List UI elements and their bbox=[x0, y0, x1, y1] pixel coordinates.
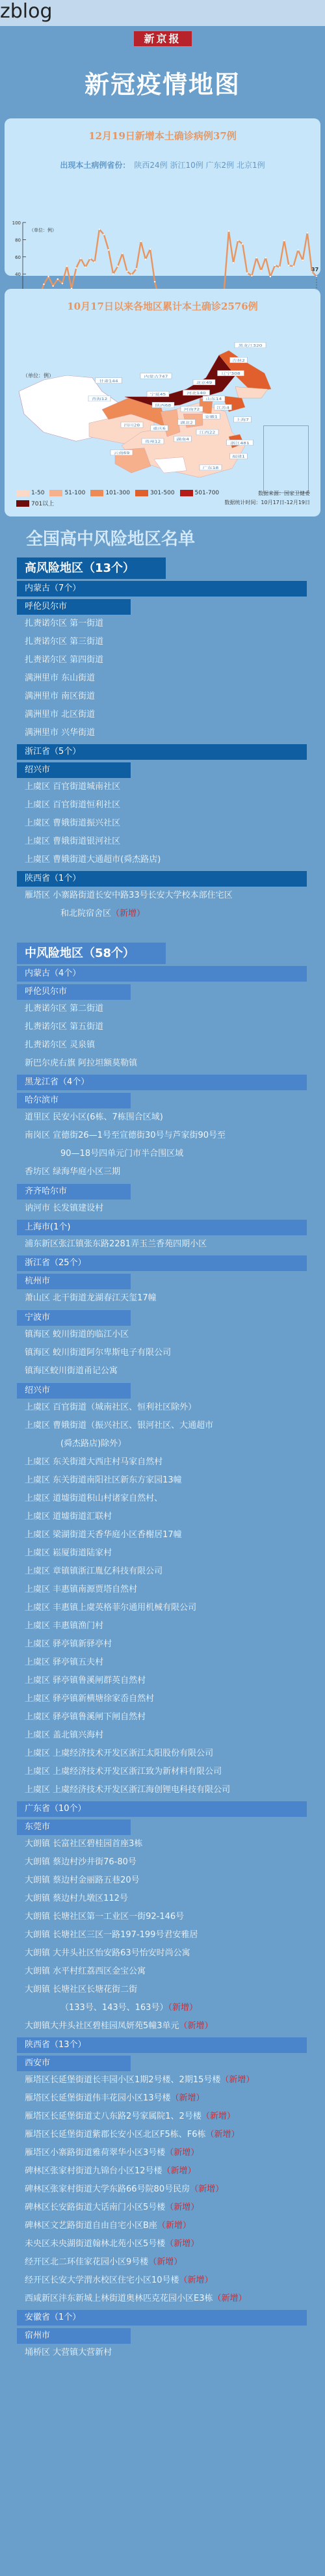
list-item: 碑林区长安路街道大话南门小区5号楼（新增） bbox=[25, 2199, 325, 2217]
new-tag: （新增） bbox=[111, 909, 145, 919]
list-item: 上虞区 道墟街道积山村诸家自然村、 bbox=[25, 1490, 325, 1508]
map-label-8: 山东14 bbox=[203, 396, 225, 401]
map-legend: 1-5051-100101-300301-500501-700701以上 bbox=[16, 490, 231, 507]
legend-label: 101-300 bbox=[105, 490, 130, 496]
list-item: 西咸新区沣东新城上林街道奥林匹克花园小区E3栋（新增） bbox=[25, 2290, 325, 2308]
list-item: 雁塔区长延堡街道紫郡长安小区北区F5栋、F6栋（新增） bbox=[25, 2126, 325, 2144]
list-item: 大朗镇 长塘社区第一工业区一街92-146号 bbox=[25, 1908, 325, 1926]
svg-text:安徽1: 安徽1 bbox=[205, 414, 218, 419]
svg-text:60: 60 bbox=[15, 255, 21, 260]
list-item: 未央区未央湖街道翰林北苑小区5号楼（新增） bbox=[25, 2235, 325, 2253]
map-title: 10月17日以来各地区累计本土确诊2576例 bbox=[5, 289, 320, 313]
list-item: 碑林区张家村街道大学东路66号院80号民房（新增） bbox=[25, 2180, 325, 2199]
legend-swatch bbox=[135, 490, 148, 496]
svg-text:上海7: 上海7 bbox=[236, 418, 249, 422]
city-bar: 宁波市 bbox=[17, 1310, 131, 1326]
list-item: 扎赉诺尔区 第二街道 bbox=[25, 1000, 325, 1018]
list-item: 上虞区 曹娥街道大通超市(舜杰路店) bbox=[25, 851, 325, 869]
south-china-sea-inset bbox=[263, 425, 309, 493]
source-text: 数据来源：国家卫健委 bbox=[224, 489, 310, 498]
list-item: 大朗镇 长塘社区长塘花街二街（133号、143号、163号）（新增） bbox=[25, 1981, 325, 2017]
province-bar: 陕西省（1个） bbox=[17, 871, 307, 887]
new-tag: （新增） bbox=[168, 2003, 198, 2013]
list-item: 镇海区 蛟川街道的临江小区 bbox=[25, 1326, 325, 1344]
list-item: 满洲里市 兴华街道 bbox=[25, 724, 325, 742]
list-item: 上虞区 道墟街道汇联村 bbox=[25, 1508, 325, 1526]
list-item: 上虞区 曹娥街道（振兴社区、银河社区、大通超市(舜杰路店)除外） bbox=[25, 1417, 325, 1453]
legend-label: 501-700 bbox=[195, 490, 220, 496]
legend-label: 1-50 bbox=[31, 490, 44, 496]
new-tag: （新增） bbox=[171, 2093, 205, 2103]
new-tag: （新增） bbox=[190, 2184, 224, 2194]
city-bar: 齐齐哈尔市 bbox=[17, 1184, 131, 1200]
list-item: 扎赉诺尔区 第五街道 bbox=[25, 1018, 325, 1036]
legend-swatch bbox=[180, 490, 193, 496]
new-tag: （新增） bbox=[213, 2294, 247, 2303]
svg-text:宁夏45: 宁夏45 bbox=[150, 392, 166, 397]
city-bar: 呼伦贝尔市 bbox=[17, 599, 131, 615]
list-item: 扎赉诺尔区 第三街道 bbox=[25, 633, 325, 651]
legend-item-5: 701以上 bbox=[16, 499, 54, 507]
list-item: 碑林区文艺路街道自由自宅小区B座（新增） bbox=[25, 2217, 325, 2235]
list-item: 上虞区 崧厦街道陆家村 bbox=[25, 1544, 325, 1563]
svg-text:（单位：例）: （单位：例） bbox=[29, 227, 57, 233]
city-bar: 宿州市 bbox=[17, 2328, 131, 2344]
list-item: 上虞区 驿亭镇新横塘徐家岙自然村 bbox=[25, 1690, 325, 1708]
svg-text:河北140: 河北140 bbox=[187, 390, 205, 395]
city-bar: 绍兴市 bbox=[17, 1383, 131, 1399]
daily-cases-title: 12月19日新增本土确诊病例37例 bbox=[5, 118, 320, 142]
list-item: 满洲里市 东山街道 bbox=[25, 669, 325, 688]
list-item: 扎赉诺尔区 灵泉镇 bbox=[25, 1036, 325, 1054]
top-bar: zblog bbox=[0, 0, 325, 26]
legend-swatch bbox=[16, 490, 29, 496]
mid-risk-section: 中风险地区（58个） 内蒙古（4个）呼伦贝尔市扎赉诺尔区 第二街道扎赉诺尔区 第… bbox=[0, 943, 325, 2362]
svg-text:37: 37 bbox=[311, 267, 318, 273]
brand-logo: 新京报 bbox=[134, 31, 192, 46]
list-item: 镇海区蛟川街道甬记公寓 bbox=[25, 1362, 325, 1380]
province-bar: 广东省（10个） bbox=[17, 1801, 307, 1817]
legend-swatch bbox=[49, 490, 62, 496]
list-item: 浦东新区张江镇张东路2281弄玉兰香苑四期小区 bbox=[25, 1235, 325, 1254]
list-item: 上虞区 驿亭镇鲁溪闸下闸自然村 bbox=[25, 1708, 325, 1726]
svg-text:四川28: 四川28 bbox=[124, 423, 140, 427]
map-label-10: 陕西68 bbox=[152, 402, 174, 407]
list-item: 镇海区 蛟川街道阿尔卑斯电子有限公司 bbox=[25, 1344, 325, 1362]
list-item: 大朗镇 蔡边村金丽路五巷20号 bbox=[25, 1872, 325, 1890]
list-item: 大朗镇 长富社区碧桂园首座3栋 bbox=[25, 1835, 325, 1853]
city-bar: 西安市 bbox=[17, 2056, 131, 2071]
period-text: 数据统计时间：10月17日-12月19日 bbox=[224, 498, 310, 507]
list-item: 上虞区 百官街道城南社区 bbox=[25, 778, 325, 796]
svg-text:吉林2: 吉林2 bbox=[232, 358, 245, 362]
svg-text:山东14: 山东14 bbox=[206, 397, 222, 401]
list-item: 上虞区 曹娥街道银河社区 bbox=[25, 833, 325, 851]
list-item: 道里区 民安小区(6栋、7栋围合区域) bbox=[25, 1108, 325, 1127]
map-label-0: 黑龙江320 bbox=[235, 342, 266, 347]
provinces-label: 出现本土病例省份： bbox=[60, 161, 130, 170]
map-label-4: 北京49 bbox=[193, 379, 215, 384]
map-label-13: 安徽1 bbox=[203, 414, 220, 419]
map-label-2: 辽宁308 bbox=[218, 371, 244, 376]
list-item: 香坊区 绿海华庭小区三期 bbox=[25, 1163, 325, 1181]
list-item: 上虞区 丰惠镇渔门村 bbox=[25, 1617, 325, 1635]
legend-swatch bbox=[16, 500, 29, 507]
list-item: 上虞区 章镇镇浙江胤亿科技有限公司 bbox=[25, 1563, 325, 1581]
page-title: 新冠疫情地图 bbox=[0, 64, 325, 100]
list-item: 雁塔区长延堡街道丈八东路2号家属院1、2号楼（新增） bbox=[25, 2108, 325, 2126]
legend-item-0: 1-50 bbox=[16, 490, 44, 496]
province-bar: 浙江省（5个） bbox=[17, 744, 307, 760]
list-item: 雁塔区长延堡街道长丰园小区1期2号楼、2期15号楼（新增） bbox=[25, 2071, 325, 2089]
new-tag: （新增） bbox=[179, 2021, 213, 2031]
provinces-line: 出现本土病例省份：陕西24例 浙江10例 广东2例 北京1例 bbox=[5, 159, 320, 170]
list-item: 上虞区 东关街道南阳社区新东方家园13幢 bbox=[25, 1471, 325, 1490]
province-bar: 内蒙古（4个） bbox=[17, 966, 307, 982]
list-item: 上虞区 驿亭镇五夫村 bbox=[25, 1654, 325, 1672]
legend-item-1: 51-100 bbox=[49, 490, 85, 496]
list-item: 上虞区 梁湖街道天香华庭小区香榭居17幢 bbox=[25, 1526, 325, 1544]
list-item: 上虞区 驿亭镇新驿亭村 bbox=[25, 1635, 325, 1654]
map-label-16: 四川28 bbox=[121, 422, 143, 427]
new-tag: （新增） bbox=[165, 2203, 199, 2212]
map-label-19: 湖南4 bbox=[174, 436, 192, 442]
svg-text:云南69: 云南69 bbox=[114, 450, 130, 455]
list-item: 上虞区 曹娥街道振兴社区 bbox=[25, 814, 325, 833]
legend-item-2: 101-300 bbox=[90, 490, 130, 496]
list-item: 上虞区 上虞经济技术开发区浙江海创锂电科技有限公司 bbox=[25, 1781, 325, 1799]
list-item: 雁塔区 小寨路街道长安中路33号长安大学校本部住宅区和北院宿舍区（新增） bbox=[25, 887, 325, 923]
list-item: 南岗区 宣德街26—1号至宣德街30号与芦家街90号至90—18号四单元门市半合… bbox=[25, 1127, 325, 1163]
list-item: 上虞区 百官街道恒利社区 bbox=[25, 796, 325, 814]
list-item: 满洲里市 北区街道 bbox=[25, 706, 325, 724]
list-item: 大朗镇 大井头社区怡安路63号怡安时尚公寓 bbox=[25, 1944, 325, 1963]
map-label-12: 江苏4 bbox=[214, 405, 232, 410]
new-tag: （新增） bbox=[157, 2221, 191, 2231]
svg-text:北京49: 北京49 bbox=[196, 380, 213, 384]
new-tag: （新增） bbox=[162, 2166, 196, 2176]
legend-label: 51-100 bbox=[64, 490, 85, 496]
svg-text:浙江481: 浙江481 bbox=[230, 440, 249, 445]
svg-text:江西22: 江西22 bbox=[200, 430, 216, 435]
map-label-7: 宁夏45 bbox=[147, 392, 169, 397]
svg-text:40: 40 bbox=[15, 272, 21, 277]
list-item: 上虞区 丰惠镇上虞英格菲尔通用机械有限公司 bbox=[25, 1599, 325, 1617]
map-label-11: 河南72 bbox=[181, 407, 203, 412]
map-label-9: 青海12 bbox=[88, 396, 110, 401]
list-item: 经开区北二环佳家花园小区9号楼（新增） bbox=[25, 2253, 325, 2272]
list-item: 大朗镇 长塘社区三区一路197-199号君安雅居 bbox=[25, 1926, 325, 1944]
map-label-18: 江西22 bbox=[196, 429, 218, 435]
list-item: 大朗镇 蔡边村九墩区112号 bbox=[25, 1890, 325, 1908]
legend-swatch bbox=[90, 490, 103, 496]
list-item: 扎赉诺尔区 第一街道 bbox=[25, 615, 325, 633]
new-tag: （新增） bbox=[220, 2075, 254, 2085]
svg-text:甘肃144: 甘肃144 bbox=[99, 379, 118, 383]
legend-item-3: 301-500 bbox=[135, 490, 175, 496]
svg-text:贵州12: 贵州12 bbox=[145, 439, 161, 444]
svg-text:湖南4: 湖南4 bbox=[176, 437, 189, 442]
province-bar: 黑龙江省（4个） bbox=[17, 1075, 307, 1090]
province-bar: 陕西省（13个） bbox=[17, 2037, 307, 2053]
legend-label: 301-500 bbox=[150, 490, 175, 496]
risk-list-title: 全国高中风险地区名单 bbox=[26, 526, 325, 550]
list-item: 大朗镇大井头社区碧桂园凤妍苑5幢3单元（新增） bbox=[25, 2017, 325, 2035]
high-risk-section: 高风险地区（13个） 内蒙古（7个）呼伦贝尔市扎赉诺尔区 第一街道扎赉诺尔区 第… bbox=[0, 557, 325, 923]
list-item: 埇桥区 大营镇大营新村 bbox=[25, 2344, 325, 2362]
provinces-values: 陕西24例 浙江10例 广东2例 北京1例 bbox=[134, 161, 265, 170]
province-bar: 浙江省（25个） bbox=[17, 1255, 307, 1271]
list-item: 碑林区张家村街道九锦台小区12号楼（新增） bbox=[25, 2162, 325, 2180]
list-item: 扎赉诺尔区 第四街道 bbox=[25, 651, 325, 669]
map-label-6: 河北140 bbox=[183, 390, 210, 395]
svg-text:黑龙江320: 黑龙江320 bbox=[239, 343, 263, 347]
map-label-15: 湖北2 bbox=[178, 420, 196, 425]
city-bar: 呼伦贝尔市 bbox=[17, 984, 131, 1000]
new-tag: （新增） bbox=[165, 2148, 199, 2158]
list-item: 上虞区 百官街道（城南社区、恒利社区除外） bbox=[25, 1399, 325, 1417]
svg-text:辽宁308: 辽宁308 bbox=[221, 371, 240, 375]
legend-item-4: 501-700 bbox=[180, 490, 220, 496]
list-item: 上虞区 东关街道大西庄村马家自然村 bbox=[25, 1453, 325, 1471]
svg-text:陕西68: 陕西68 bbox=[155, 403, 172, 407]
svg-text:福建1: 福建1 bbox=[232, 454, 245, 459]
svg-text:江苏4: 江苏4 bbox=[216, 405, 229, 410]
site-label: zblog bbox=[0, 0, 53, 23]
new-tag: （新增） bbox=[201, 2112, 235, 2121]
legend-label: 701以上 bbox=[31, 499, 54, 507]
list-item: 上虞区 上虞经济技术开发区浙江致为新材料有限公司 bbox=[25, 1763, 325, 1781]
mid-risk-heading: 中风险地区（58个） bbox=[17, 943, 166, 964]
city-bar: 杭州市 bbox=[17, 1274, 131, 1289]
list-item: 新巴尔虎右旗 阿拉坦额莫勒镇 bbox=[25, 1054, 325, 1073]
city-bar: 绍兴市 bbox=[17, 762, 131, 778]
data-source: 数据来源：国家卫健委 数据统计时间：10月17日-12月19日 bbox=[224, 489, 310, 507]
new-tag: （新增） bbox=[206, 2130, 240, 2140]
new-tag: （新增） bbox=[148, 2257, 182, 2267]
map-label-20: 贵州12 bbox=[142, 438, 164, 444]
map-label-21: 浙江481 bbox=[227, 440, 253, 445]
list-item: 讷河市 长发镇建设村 bbox=[25, 1200, 325, 1218]
high-risk-heading: 高风险地区（13个） bbox=[17, 557, 166, 579]
list-item: 萧山区 北干街道龙湖春江天玺17幢 bbox=[25, 1289, 325, 1308]
list-item: 上虞区 盖北镇兴海村 bbox=[25, 1726, 325, 1745]
daily-cases-card: 12月19日新增本土确诊病例37例 出现本土病例省份：陕西24例 浙江10例 广… bbox=[5, 118, 320, 276]
list-item: 上虞区 驿亭镇鲁溪闸群英自然村 bbox=[25, 1672, 325, 1690]
list-item: 上虞区 丰惠镇南源贾塔自然村 bbox=[25, 1581, 325, 1599]
svg-text:广东18: 广东18 bbox=[203, 465, 219, 470]
poster: 新京报 新冠疫情地图 12月19日新增本土确诊病例37例 出现本土病例省份：陕西… bbox=[0, 31, 325, 2388]
svg-text:湖北2: 湖北2 bbox=[180, 420, 193, 425]
city-bar: 东莞市 bbox=[17, 1819, 131, 1835]
svg-text:重庆6: 重庆6 bbox=[153, 426, 166, 431]
new-tag: （新增） bbox=[165, 2239, 199, 2249]
map-label-3: 内蒙古747 bbox=[140, 373, 172, 379]
list-item: 经开区长安大学渭水校区住宅小区10号楼（新增） bbox=[25, 2272, 325, 2290]
list-item: 大朗镇 蔡边村沙井街76-80号 bbox=[25, 1853, 325, 1872]
map-card: 10月17日以来各地区累计本土确诊2576例 （单位：例） 黑龙江320吉林2辽… bbox=[5, 289, 320, 517]
province-bar: 内蒙古（7个） bbox=[17, 581, 307, 597]
map-label-22: 云南69 bbox=[110, 449, 133, 455]
svg-text:青海12: 青海12 bbox=[92, 397, 108, 401]
map-label-24: 广东18 bbox=[200, 464, 222, 470]
list-item: 满洲里市 南区街道 bbox=[25, 688, 325, 706]
new-tag: （新增） bbox=[179, 2275, 213, 2285]
svg-text:100: 100 bbox=[12, 221, 21, 226]
list-item: 雁塔区长延堡街道伟丰花园小区13号楼（新增） bbox=[25, 2089, 325, 2108]
svg-text:80: 80 bbox=[15, 237, 21, 243]
map-label-17: 重庆6 bbox=[151, 425, 168, 431]
map-label-23: 福建1 bbox=[230, 453, 248, 459]
svg-text:河南72: 河南72 bbox=[184, 407, 200, 412]
map-label-14: 上海7 bbox=[234, 417, 252, 422]
province-bar: 上海市(1个) bbox=[17, 1220, 307, 1235]
svg-text:内蒙古747: 内蒙古747 bbox=[144, 374, 168, 379]
list-item: 上虞区 上虞经济技术开发区浙江太阳股份有限公司 bbox=[25, 1745, 325, 1763]
map-label-1: 吉林2 bbox=[230, 357, 248, 362]
list-item: 大朗镇 水平村红荔西区金宝公寓 bbox=[25, 1963, 325, 1981]
city-bar: 哈尔滨市 bbox=[17, 1093, 131, 1108]
list-item: 雁塔区小寨路街道雅荷翠华小区3号楼（新增） bbox=[25, 2144, 325, 2162]
map-label-5: 甘肃144 bbox=[96, 378, 122, 383]
province-bar: 安徽省（1个） bbox=[17, 2310, 307, 2326]
